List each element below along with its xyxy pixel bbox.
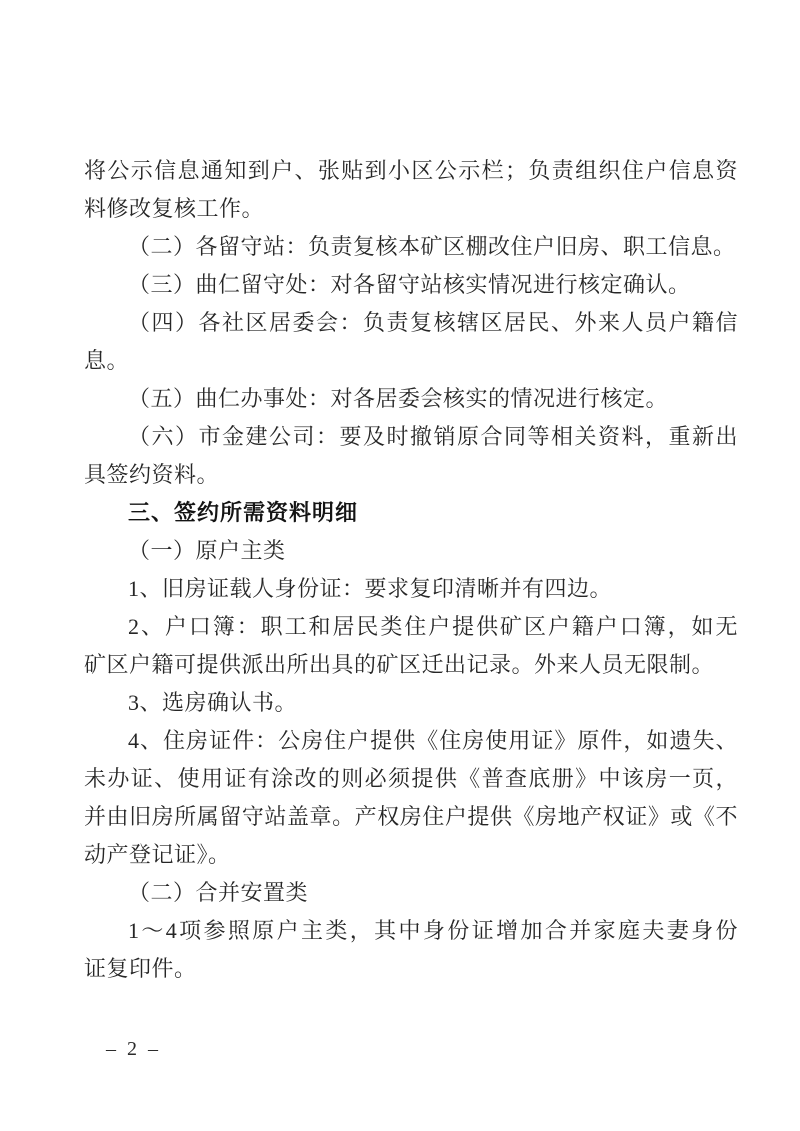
text-line: （三）曲仁留守处：对各留守站核实情况进行核定确认。 [84, 266, 738, 304]
text-line: （六）市金建公司：要及时撤销原合同等相关资料，重新出 [84, 418, 738, 456]
text-line: 未办证、使用证有涂改的则必须提供《普查底册》中该房一页， [84, 760, 738, 798]
text-line: （四）各社区居委会：负责复核辖区居民、外来人员户籍信 [84, 304, 738, 342]
page-number: – 2 – [106, 1038, 161, 1061]
text-line: （五）曲仁办事处：对各居委会核实的情况进行核定。 [84, 380, 738, 418]
text-line: 1、旧房证载人身份证：要求复印清晰并有四边。 [84, 570, 738, 608]
text-line: 具签约资料。 [84, 456, 738, 494]
text-line: 2、户口簿：职工和居民类住户提供矿区户籍户口簿，如无 [84, 608, 738, 646]
document-page: 将公示信息通知到户、张贴到小区公示栏；负责组织住户信息资料修改复核工作。（二）各… [0, 0, 800, 1131]
text-line: 并由旧房所属留守站盖章。产权房住户提供《房地产权证》或《不 [84, 798, 738, 836]
text-line: 证复印件。 [84, 950, 738, 988]
text-line: 1～4项参照原户主类，其中身份证增加合并家庭夫妻身份 [84, 912, 738, 950]
text-line: （二）合并安置类 [84, 874, 738, 912]
section-heading: 三、签约所需资料明细 [84, 494, 738, 532]
text-line: （二）各留守站：负责复核本矿区棚改住户旧房、职工信息。 [84, 228, 738, 266]
text-line: 4、住房证件：公房住户提供《住房使用证》原件，如遗失、 [84, 722, 738, 760]
text-line: 动产登记证》。 [84, 836, 738, 874]
text-line: 将公示信息通知到户、张贴到小区公示栏；负责组织住户信息资 [84, 152, 738, 190]
text-line: 料修改复核工作。 [84, 190, 738, 228]
document-lines: 将公示信息通知到户、张贴到小区公示栏；负责组织住户信息资料修改复核工作。（二）各… [84, 152, 738, 988]
text-line: 3、选房确认书。 [84, 684, 738, 722]
text-line: （一）原户主类 [84, 532, 738, 570]
text-line: 矿区户籍可提供派出所出具的矿区迁出记录。外来人员无限制。 [84, 646, 738, 684]
text-line: 息。 [84, 342, 738, 380]
